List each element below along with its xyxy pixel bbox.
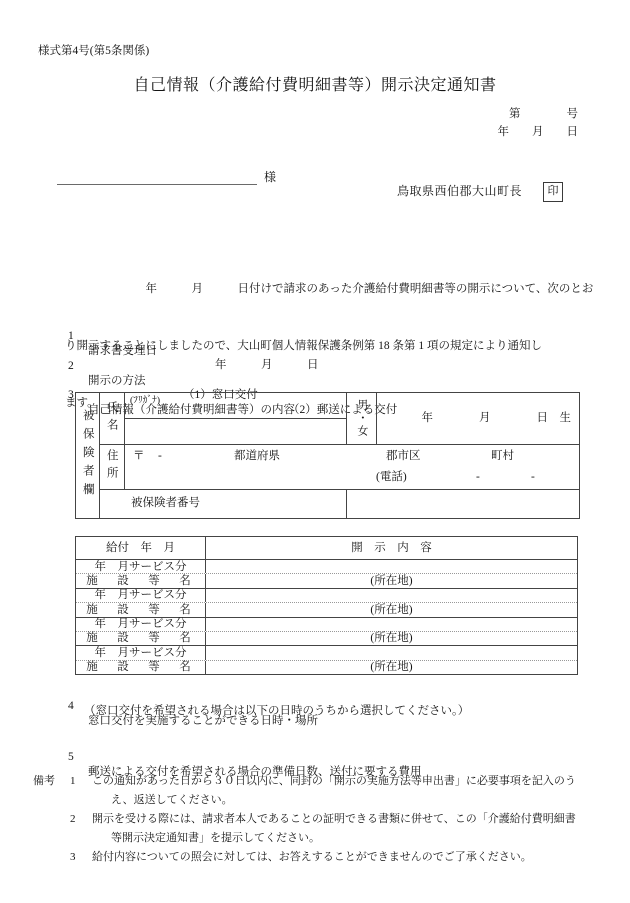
prefecture-label: 都道府県	[234, 449, 280, 463]
document-page: 様式第4号(第5条関係) 自己情報（介護給付費明細書等）開示決定通知書 第 号 …	[0, 0, 630, 903]
facility-name-label: 施 設 等 名	[76, 632, 206, 645]
service-month-label: 年 月サービス分	[76, 589, 206, 602]
body-line: 年 月 日付けで請求のあった介護給付費明細書等の開示について、次のとお	[65, 280, 593, 299]
note-text: 給付内容についての照会に対しては、お答えすることができませんのでご了承ください。	[92, 848, 593, 867]
seal-stamp-icon: 印	[543, 182, 563, 202]
postal-dash: -	[158, 449, 162, 463]
item-counter-delivery-note: （窓口交付を希望される場合は以下の日時のうちから選択してください。）	[84, 704, 469, 718]
disclosure-content-cell	[206, 589, 577, 602]
name-label: 氏名	[99, 393, 124, 444]
item-personal-info-content: 3 自己情報（介護給付費明細書等）の内容	[0, 374, 12, 432]
insured-column-header: 被保険者欄	[76, 393, 99, 518]
table-row: 施 設 等 名 (所在地)	[76, 661, 577, 674]
town-label: 町村	[491, 449, 514, 463]
item-label: 請求書受理日	[88, 344, 157, 358]
location-cell: (所在地)	[206, 632, 577, 645]
table-row: 年 月サービス分	[76, 589, 577, 603]
document-number-line: 第 号	[509, 107, 578, 121]
note-text: この通知があった日から３０日以内に、同封の「開示の実施方法等申出書」に必要事項を…	[92, 772, 593, 791]
service-month-label: 年 月サービス分	[76, 560, 206, 573]
service-month-label: 年 月サービス分	[76, 646, 206, 659]
note-text: え、返送してください。	[111, 791, 593, 810]
disclosure-content-header: 開 示 内 容	[206, 537, 577, 559]
issue-date-line: 年 月 日	[498, 125, 579, 139]
benefit-month-header: 給付 年 月	[76, 537, 206, 559]
note-number: 2	[70, 810, 76, 829]
remark-note: 1 この通知があった日から３０日以内に、同封の「開示の実施方法等申出書」に必要事…	[70, 772, 593, 810]
disclosure-content-cell	[206, 618, 577, 631]
note-number: 3	[70, 848, 76, 867]
table-row: 施 設 等 名 (所在地)	[76, 574, 577, 588]
table-row: 年 月サービス分	[76, 646, 577, 660]
item-number: 4	[68, 699, 74, 713]
sender-title: 鳥取県西伯郡大山町長	[397, 184, 522, 199]
phone-dash: -	[531, 470, 535, 484]
note-number: 1	[70, 772, 76, 791]
postal-mark: 〒	[133, 449, 145, 463]
table-row: 施 設 等 名 (所在地)	[76, 603, 577, 617]
form-number: 様式第4号(第5条関係)	[38, 44, 149, 58]
insured-number-label: 被保険者番号	[99, 489, 346, 518]
phone-label: (電話)	[376, 470, 407, 484]
note-text: 等開示決定通知書」を提示してください。	[111, 829, 593, 848]
item-counter-delivery: 4 窓口交付を実施することができる日時・場所	[0, 685, 12, 743]
note-text: 開示を受ける際には、請求者本人であることの証明できる書類に併せて、この「介護給付…	[92, 810, 593, 829]
address-label: 住所	[99, 444, 124, 489]
location-cell: (所在地)	[206, 661, 577, 674]
county-label: 郡市区	[386, 449, 421, 463]
table-row: 年 月サービス分	[76, 618, 577, 632]
disclosure-content-cell	[206, 646, 577, 659]
remark-note: 3 給付内容についての照会に対しては、お答えすることができませんのでご了承くださ…	[70, 848, 593, 867]
facility-name-label: 施 設 等 名	[76, 603, 206, 616]
addressee-line: 様	[45, 154, 276, 200]
service-month-label: 年 月サービス分	[76, 618, 206, 631]
page-title: 自己情報（介護給付費明細書等）開示決定通知書	[0, 76, 630, 96]
location-cell: (所在地)	[206, 603, 577, 616]
item-number: 1	[68, 329, 74, 343]
remarks-section: 備考 1 この通知があった日から３０日以内に、同封の「開示の実施方法等申出書」に…	[33, 772, 593, 867]
addressee-honorific: 様	[264, 170, 276, 184]
facility-name-label: 施 設 等 名	[76, 574, 206, 587]
benefit-disclosure-table: 給付 年 月 開 示 内 容 年 月サービス分 施 設 等 名 (所在地) 年 …	[75, 536, 578, 675]
table-header-row: 給付 年 月 開 示 内 容	[76, 537, 577, 560]
furigana-label: (ﾌﾘｶﾞﾅ)	[130, 396, 160, 408]
insured-person-table: 被保険者欄 氏名 (ﾌﾘｶﾞﾅ) 男・女 年 月 日 生 住所 〒 - 都道府県…	[75, 392, 580, 519]
addressee-name-blank	[57, 169, 257, 185]
receipt-date-blank: 年 月 日	[215, 358, 319, 372]
gender-field: 男・女	[346, 393, 376, 444]
item-number: 3	[68, 388, 74, 402]
item-label: 開示の方法	[88, 374, 146, 388]
item-number: 5	[68, 750, 74, 764]
location-cell: (所在地)	[206, 574, 577, 587]
item-number: 2	[68, 359, 74, 373]
table-row: 年 月サービス分	[76, 560, 577, 574]
birthdate-field: 年 月 日 生	[376, 393, 579, 444]
address-field: 〒 - 都道府県 郡市区 町村 (電話) - -	[124, 444, 579, 489]
table-row: 施 設 等 名 (所在地)	[76, 632, 577, 646]
remarks-label: 備考	[33, 772, 55, 791]
table-divider	[346, 489, 347, 518]
phone-dash: -	[476, 470, 480, 484]
disclosure-content-cell	[206, 560, 577, 573]
item-mail-delivery: 5 郵送による交付を希望される場合の準備日数、送付に要する費用	[0, 736, 12, 794]
remark-note: 2 開示を受ける際には、請求者本人であることの証明できる書類に併せて、この「介護…	[70, 810, 593, 848]
table-divider	[124, 418, 346, 419]
facility-name-label: 施 設 等 名	[76, 661, 206, 674]
